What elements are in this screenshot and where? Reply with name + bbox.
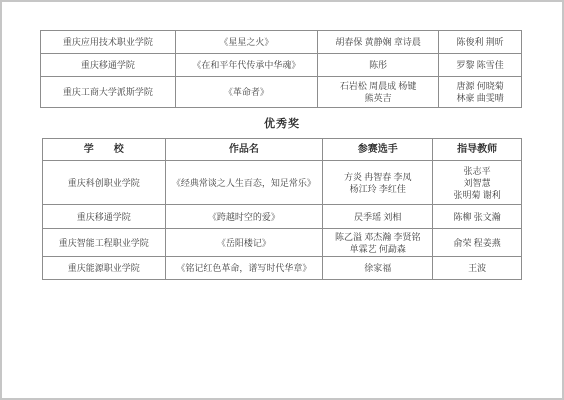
header-row: 学 校 作品名 参赛选手 指导教师 [43, 139, 522, 161]
school-cell: 重庆工商大学派斯学院 [41, 77, 176, 108]
teachers-cell: 陈柳 张文瀚 [433, 205, 522, 229]
document-page: 重庆应用技术职业学院《星星之火》胡春保 黄静娴 章诗晨陈俊利 荆昕重庆移通学院《… [0, 0, 564, 400]
table-row: 重庆智能工程职业学院《岳阳楼记》陈乙溢 邓杰瀚 李贤铭 单霖艺 何勐森俞荣 程姜… [43, 229, 522, 257]
work-cell: 《星星之火》 [175, 31, 317, 54]
excellence-award-table-header: 学 校 作品名 参赛选手 指导教师 [43, 139, 522, 161]
table-row: 重庆移通学院《在和平年代传承中华魂》陈彤罗黎 陈雪佳 [41, 54, 522, 77]
section-title: 优秀奖 [42, 115, 522, 131]
school-cell: 重庆移通学院 [43, 205, 166, 229]
contestants-cell: 陈乙溢 邓杰瀚 李贤铭 单霖艺 何勐森 [323, 229, 433, 257]
work-cell: 《跨越时空的爱》 [165, 205, 323, 229]
school-cell: 重庆智能工程职业学院 [43, 229, 166, 257]
header-work: 作品名 [165, 139, 323, 161]
teachers-cell: 唐源 何晓菊 林豪 曲雯晴 [439, 77, 522, 108]
contestants-cell: 方炎 冉智春 李凤 杨江玲 李红佳 [323, 161, 433, 205]
school-cell: 重庆科创职业学院 [43, 161, 166, 205]
table-row: 重庆科创职业学院《经典常谈之人生百态，知足常乐》方炎 冉智春 李凤 杨江玲 李红… [43, 161, 522, 205]
contestants-cell: 胡春保 黄静娴 章诗晨 [318, 31, 439, 54]
award-table-continued: 重庆应用技术职业学院《星星之火》胡春保 黄静娴 章诗晨陈俊利 荆昕重庆移通学院《… [40, 30, 522, 108]
teachers-cell: 张志平 刘智慧 张明菊 谢利 [433, 161, 522, 205]
table-row: 重庆工商大学派斯学院《革命者》石岩松 周晨成 杨键 熊英吉唐源 何晓菊 林豪 曲… [41, 77, 522, 108]
school-cell: 重庆应用技术职业学院 [41, 31, 176, 54]
work-cell: 《经典常谈之人生百态，知足常乐》 [165, 161, 323, 205]
award-table-continued-body: 重庆应用技术职业学院《星星之火》胡春保 黄静娴 章诗晨陈俊利 荆昕重庆移通学院《… [41, 31, 522, 108]
table-row: 重庆能源职业学院《铭记红色革命，谱写时代华章》徐家福王波 [43, 257, 522, 280]
contestants-cell: 陈彤 [318, 54, 439, 77]
work-cell: 《岳阳楼记》 [165, 229, 323, 257]
excellence-award-table: 学 校 作品名 参赛选手 指导教师 重庆科创职业学院《经典常谈之人生百态，知足常… [42, 138, 522, 280]
work-cell: 《在和平年代传承中华魂》 [175, 54, 317, 77]
teachers-cell: 俞荣 程姜燕 [433, 229, 522, 257]
header-school: 学 校 [43, 139, 166, 161]
teachers-cell: 罗黎 陈雪佳 [439, 54, 522, 77]
work-cell: 《革命者》 [175, 77, 317, 108]
table-row: 重庆应用技术职业学院《星星之火》胡春保 黄静娴 章诗晨陈俊利 荆昕 [41, 31, 522, 54]
teachers-cell: 陈俊利 荆昕 [439, 31, 522, 54]
excellence-award-table-body: 重庆科创职业学院《经典常谈之人生百态，知足常乐》方炎 冉智春 李凤 杨江玲 李红… [43, 161, 522, 280]
school-cell: 重庆能源职业学院 [43, 257, 166, 280]
contestants-cell: 昃季瑶 刘相 [323, 205, 433, 229]
header-contestants: 参赛选手 [323, 139, 433, 161]
work-cell: 《铭记红色革命，谱写时代华章》 [165, 257, 323, 280]
table-row: 重庆移通学院《跨越时空的爱》昃季瑶 刘相陈柳 张文瀚 [43, 205, 522, 229]
teachers-cell: 王波 [433, 257, 522, 280]
school-cell: 重庆移通学院 [41, 54, 176, 77]
header-teachers: 指导教师 [433, 139, 522, 161]
contestants-cell: 徐家福 [323, 257, 433, 280]
contestants-cell: 石岩松 周晨成 杨键 熊英吉 [318, 77, 439, 108]
